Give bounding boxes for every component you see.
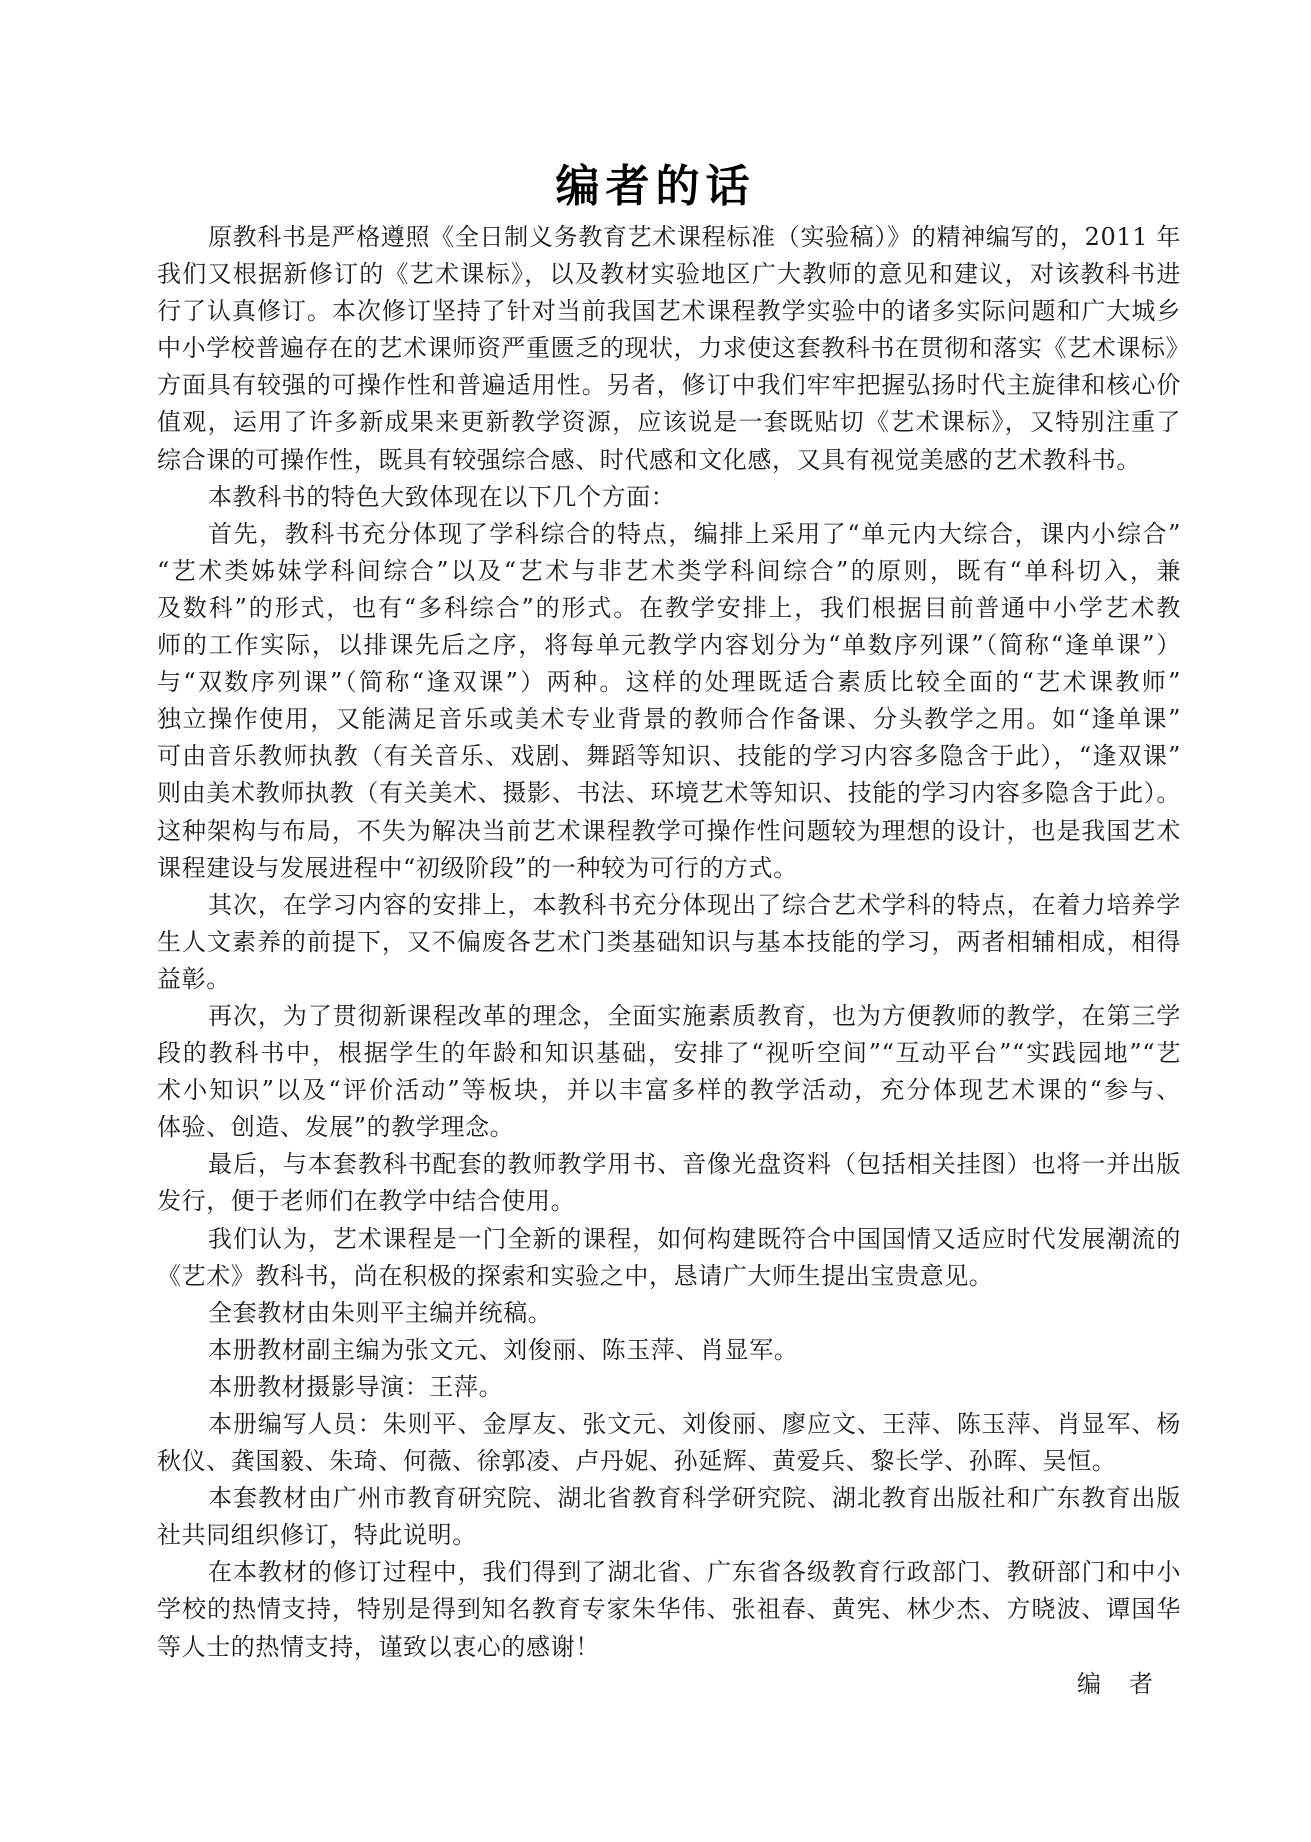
text-line: 我们又根据新修订的《艺术课标》，以及教材实验地区广大教师的意见和建议，对该教科书… bbox=[157, 256, 1181, 293]
text-line: 师的工作实际，以排课先后之序，将每单元教学内容划分为“单数序列课”（简称“逢单课… bbox=[157, 627, 1181, 664]
text-line: 我们认为，艺术课程是一门全新的课程，如何构建既符合中国国情又适应时代发展潮流的 bbox=[157, 1221, 1181, 1258]
text-line: 在本教材的修订过程中，我们得到了湖北省、广东省各级教育行政部门、教研部门和中小 bbox=[157, 1554, 1181, 1591]
text-line: 学校的热情支持，特别是得到知名教育专家朱华伟、张祖春、黄宪、林少杰、方晓波、谭国… bbox=[157, 1591, 1181, 1628]
text-line: 及数科”的形式，也有“多科综合”的形式。在教学安排上，我们根据目前普通中小学艺术… bbox=[157, 590, 1181, 627]
page-title: 编者的话 bbox=[0, 157, 1311, 217]
text-line: 最后，与本套教科书配套的教师教学用书、音像光盘资料（包括相关挂图）也将一并出版 bbox=[157, 1146, 1181, 1183]
text-line: 秋仪、龚国毅、朱琦、何薇、徐郭凌、卢丹妮、孙延辉、黄爱兵、黎长学、孙晖、吴恒。 bbox=[157, 1443, 1181, 1480]
text-line: 全套教材由朱则平主编并统稿。 bbox=[157, 1295, 1181, 1332]
text-line: 《艺术》教科书，尚在积极的探索和实验之中，恳请广大师生提出宝贵意见。 bbox=[157, 1258, 1181, 1295]
text-line: 体验、创造、发展”的教学理念。 bbox=[157, 1109, 1181, 1146]
text-line: 独立操作使用，又能满足音乐或美术专业背景的教师合作备课、分头教学之用。如“逢单课… bbox=[157, 701, 1181, 738]
text-line: 中小学校普遍存在的艺术课师资严重匮乏的现状，力求使这套教科书在贯彻和落实《艺术课… bbox=[157, 330, 1181, 367]
text-line: 与“双数序列课”（简称“逢双课”）两种。这样的处理既适合素质比较全面的“艺术课教… bbox=[157, 664, 1181, 701]
text-line: 行了认真修订。本次修订坚持了针对当前我国艺术课程教学实验中的诸多实际问题和广大城… bbox=[157, 293, 1181, 330]
text-line: 本册教材摄影导演：王萍。 bbox=[157, 1369, 1181, 1406]
text-line: 社共同组织修订，特此说明。 bbox=[157, 1517, 1181, 1554]
text-line: 这种架构与布局，不失为解决当前艺术课程教学可操作性问题较为理想的设计，也是我国艺… bbox=[157, 813, 1181, 850]
text-line: 方面具有较强的可操作性和普遍适用性。另者，修订中我们牢牢把握弘扬时代主旋律和核心… bbox=[157, 367, 1181, 404]
text-line: 术小知识”以及“评价活动”等板块，并以丰富多样的教学活动，充分体现艺术课的“参与… bbox=[157, 1072, 1181, 1109]
text-line: 益彰。 bbox=[157, 961, 1181, 998]
text-line: 可由音乐教师执教（有关音乐、戏剧、舞蹈等知识、技能的学习内容多隐含于此），“逢双… bbox=[157, 738, 1181, 775]
text-line: 本套教材由广州市教育研究院、湖北省教育科学研究院、湖北教育出版社和广东教育出版 bbox=[157, 1480, 1181, 1517]
text-line: “艺术类姊妹学科间综合”以及“艺术与非艺术类学科间综合”的原则，既有“单科切入，… bbox=[157, 553, 1181, 590]
text-line: 等人士的热情支持，谨致以衷心的感谢！ bbox=[157, 1629, 1181, 1666]
signature: 编者 bbox=[1077, 1666, 1181, 1703]
text-line: 本册教材副主编为张文元、刘俊丽、陈玉萍、肖显军。 bbox=[157, 1332, 1181, 1369]
text-line: 首先，教科书充分体现了学科综合的特点，编排上采用了“单元内大综合，课内小综合” bbox=[157, 516, 1181, 553]
text-line: 课程建设与发展进程中“初级阶段”的一种较为可行的方式。 bbox=[157, 850, 1181, 887]
text-line: 其次，在学习内容的安排上，本教科书充分体现出了综合艺术学科的特点，在着力培养学 bbox=[157, 887, 1181, 924]
text-line: 原教科书是严格遵照《全日制义务教育艺术课程标准（实验稿）》的精神编写的，2011… bbox=[157, 219, 1181, 256]
body-text: 原教科书是严格遵照《全日制义务教育艺术课程标准（实验稿）》的精神编写的，2011… bbox=[157, 219, 1181, 1666]
text-line: 值观，运用了许多新成果来更新教学资源，应该说是一套既贴切《艺术课标》，又特别注重… bbox=[157, 404, 1181, 441]
text-line: 本册编写人员：朱则平、金厚友、张文元、刘俊丽、廖应文、王萍、陈玉萍、肖显军、杨 bbox=[157, 1406, 1181, 1443]
text-line: 生人文素养的前提下，又不偏废各艺术门类基础知识与基本技能的学习，两者相辅相成，相… bbox=[157, 924, 1181, 961]
text-line: 则由美术教师执教（有关美术、摄影、书法、环境艺术等知识、技能的学习内容多隐含于此… bbox=[157, 775, 1181, 812]
text-line: 综合课的可操作性，既具有较强综合感、时代感和文化感，又具有视觉美感的艺术教科书。 bbox=[157, 442, 1181, 479]
text-line: 本教科书的特色大致体现在以下几个方面： bbox=[157, 479, 1181, 516]
text-line: 再次，为了贯彻新课程改革的理念，全面实施素质教育，也为方便教师的教学，在第三学 bbox=[157, 998, 1181, 1035]
text-line: 段的教科书中，根据学生的年龄和知识基础，安排了“视听空间”“互动平台”“实践园地… bbox=[157, 1035, 1181, 1072]
text-line: 发行，便于老师们在教学中结合使用。 bbox=[157, 1183, 1181, 1220]
